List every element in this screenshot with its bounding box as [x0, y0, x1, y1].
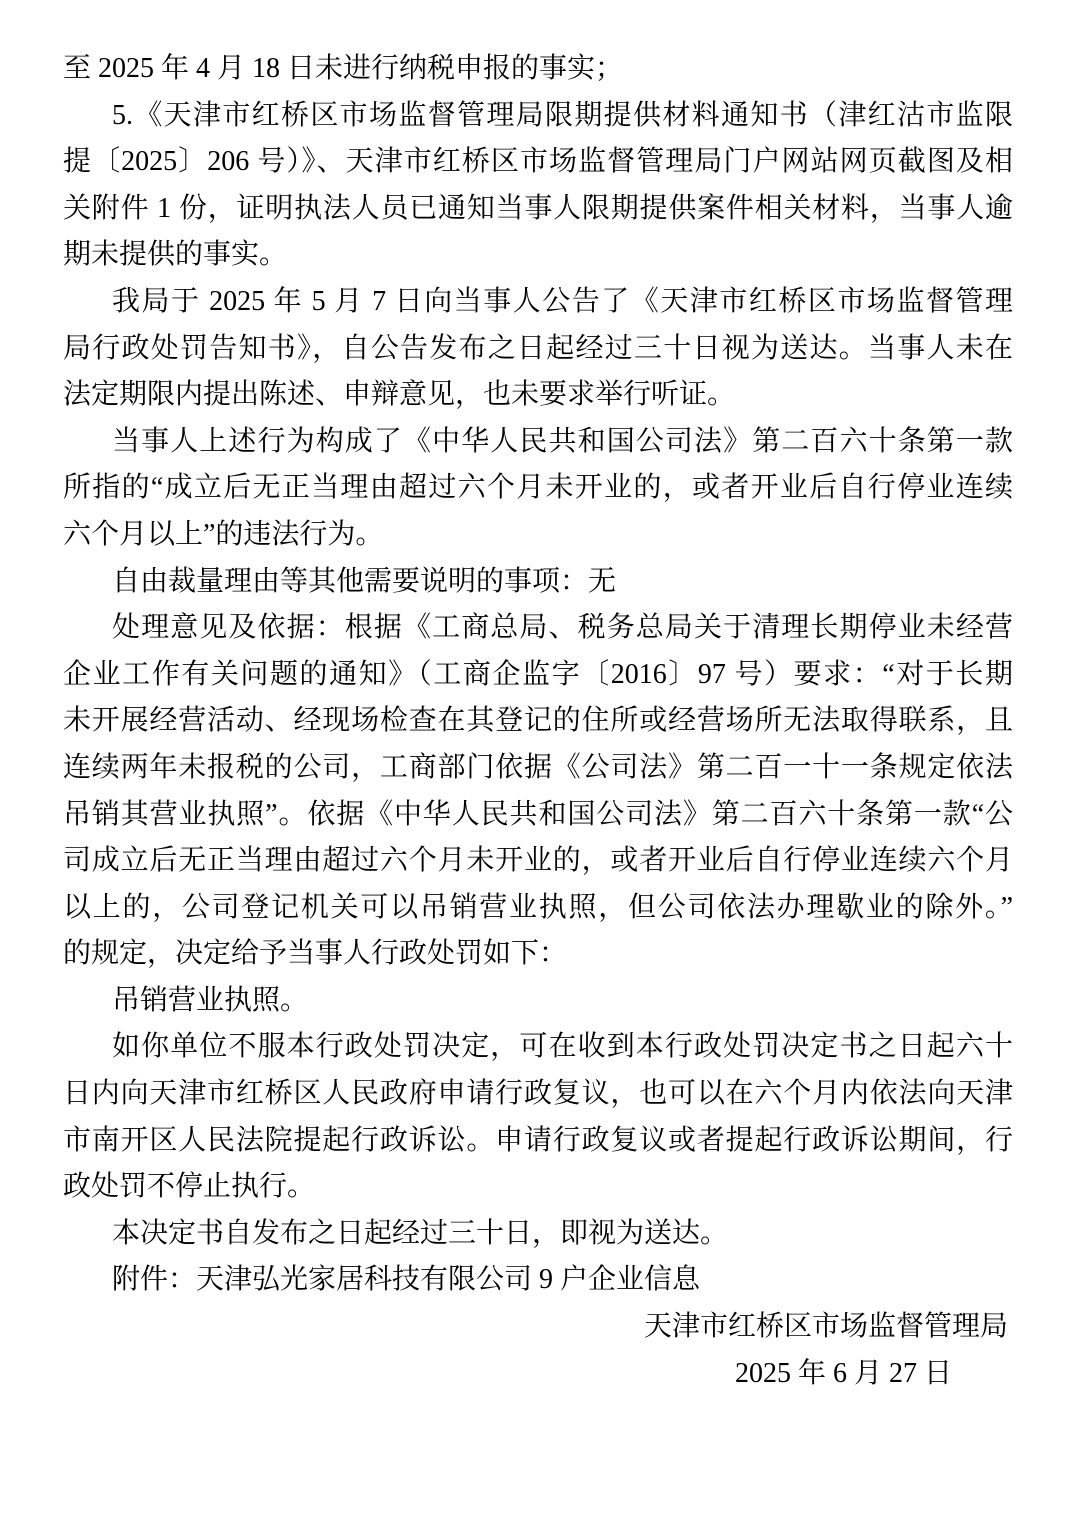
document-text-line: 我局于 2025 年 5 月 7 日向当事人公告了《天津市红桥区市场监督管理	[63, 279, 1013, 326]
document-text-line: 自由裁量理由等其他需要说明的事项：无	[63, 559, 1013, 606]
document-text-line: 日内向天津市红桥区人民政府申请行政复议，也可以在六个月内依法向天津	[63, 1071, 1013, 1118]
document-text-line: 企业工作有关问题的通知》（工商企监字〔2016〕97 号）要求：“对于长期	[63, 652, 1013, 699]
document-text-line: 连续两年未报税的公司，工商部门依据《公司法》第二百一十一条规定依法	[63, 745, 1013, 792]
document-text-line: 处理意见及依据：根据《工商总局、税务总局关于清理长期停业未经营	[63, 605, 1013, 652]
document-text-line: 期未提供的事实。	[63, 232, 1013, 279]
document-text-line: 政处罚不停止执行。	[63, 1164, 1013, 1211]
document-text-line: 至 2025 年 4 月 18 日未进行纳税申报的事实；	[63, 46, 1013, 93]
document-text-line: 如你单位不服本行政处罚决定，可在收到本行政处罚决定书之日起六十	[63, 1024, 1013, 1071]
document-text-line: 法定期限内提出陈述、申辩意见，也未要求举行听证。	[63, 372, 1013, 419]
document-text-line: 六个月以上”的违法行为。	[63, 512, 1013, 559]
document-text-line: 关附件 1 份，证明执法人员已通知当事人限期提供案件相关材料，当事人逾	[63, 186, 1013, 233]
document-text-line: 本决定书自发布之日起经过三十日，即视为送达。	[63, 1211, 1013, 1258]
document-text-line: 吊销其营业执照”。依据《中华人民共和国公司法》第二百六十条第一款“公	[63, 792, 1013, 839]
document-text-line: 未开展经营活动、经现场检查在其登记的住所或经营场所无法取得联系，且	[63, 698, 1013, 745]
document-text-line: 所指的“成立后无正当理由超过六个月未开业的，或者开业后自行停业连续	[63, 465, 1013, 512]
document-text-line: 局行政处罚告知书》，自公告发布之日起经过三十日视为送达。当事人未在	[63, 326, 1013, 373]
penalty-decision-document: 至 2025 年 4 月 18 日未进行纳税申报的事实；5.《天津市红桥区市场监…	[0, 0, 1074, 1520]
document-text-line: 天津市红桥区市场监督管理局	[63, 1304, 1013, 1351]
document-text-line: 5.《天津市红桥区市场监督管理局限期提供材料通知书（津红沽市监限	[63, 93, 1013, 140]
document-text-line: 提〔2025〕206 号）》、天津市红桥区市场监督管理局门户网站网页截图及相	[63, 139, 1013, 186]
document-text-line: 附件：天津弘光家居科技有限公司 9 户企业信息	[63, 1257, 1013, 1304]
document-text-line: 2025 年 6 月 27 日	[63, 1351, 1013, 1398]
document-body: 至 2025 年 4 月 18 日未进行纳税申报的事实；5.《天津市红桥区市场监…	[63, 46, 1013, 1397]
document-text-line: 吊销营业执照。	[63, 978, 1013, 1025]
document-text-line: 市南开区人民法院提起行政诉讼。申请行政复议或者提起行政诉讼期间，行	[63, 1118, 1013, 1165]
document-text-line: 以上的，公司登记机关可以吊销营业执照，但公司依法办理歇业的除外。”	[63, 885, 1013, 932]
document-text-line: 司成立后无正当理由超过六个月未开业的，或者开业后自行停业连续六个月	[63, 838, 1013, 885]
document-text-line: 当事人上述行为构成了《中华人民共和国公司法》第二百六十条第一款	[63, 419, 1013, 466]
document-text-line: 的规定，决定给予当事人行政处罚如下：	[63, 931, 1013, 978]
